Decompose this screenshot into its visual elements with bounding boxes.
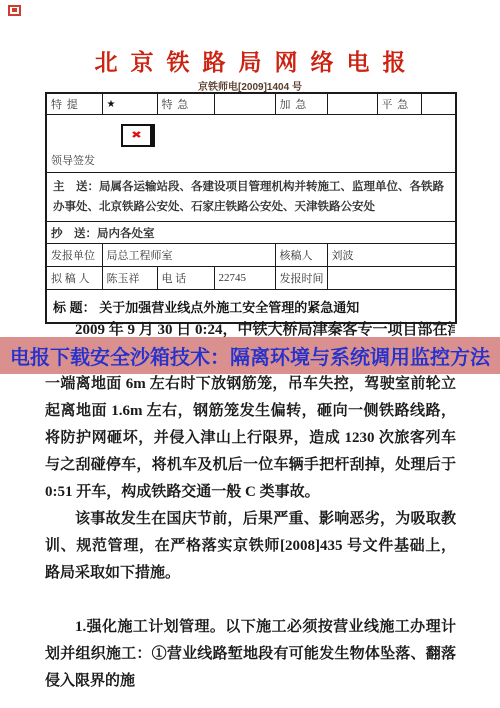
priority-label-pingji: 平 急 [377, 93, 421, 115]
overlay-ad-banner[interactable]: 电报下载安全沙箱技术：隔离环境与系统调用监控方法 [0, 337, 500, 374]
main-send-value: 局属各运输站段、各建设项目管理机构并转施工、监理单位、各铁路办事处、北京铁路公安… [53, 181, 444, 213]
body-paragraph2: 该事故发生在国庆节前，后果严重、影响恶劣，为吸取教训、规范管理，在严格落实京铁师… [45, 506, 456, 587]
priority-row: 特 提 ★ 特 急 加 急 平 急 [46, 93, 456, 115]
main-send-cell: 主 送：局属各运输站段、各建设项目管理机构并转施工、监理单位、各铁路办事处、北京… [46, 173, 456, 222]
phone-value: 22745 [214, 267, 275, 290]
priority-value-tetij: ★ [102, 93, 157, 115]
main-send-row: 主 送：局属各运输站段、各建设项目管理机构并转施工、监理单位、各铁路办事处、北京… [46, 173, 456, 222]
priority-label-jiaji: 加 急 [275, 93, 327, 115]
phone-label: 电 话 [157, 267, 214, 290]
leader-sign-label: 领导签发 [51, 152, 95, 168]
main-send-label: 主 送： [53, 181, 99, 193]
document-number: 京铁师电[2009]1404 号 [0, 78, 500, 93]
priority-label-teji: 特 急 [157, 93, 214, 115]
signature-stamp-image: ✖ [121, 124, 155, 147]
body-text: 一端离地面 6m 左右时下放钢筋笼，吊车失控，驾驶室前轮立起离地面 1.6m 左… [45, 371, 456, 695]
copy-send-value: 局内各处室 [97, 228, 155, 240]
priority-value-pingji [421, 93, 456, 115]
body-paragraph1-rest: 一端离地面 6m 左右时下放钢筋笼，吊车失控，驾驶室前轮立起离地面 1.6m 左… [45, 371, 456, 506]
telegram-form-table: 特 提 ★ 特 急 加 急 平 急 ✖ 领导签发 主 送：局属各运输站段、各建设… [45, 92, 457, 324]
broken-image-icon: ✖ [131, 131, 142, 141]
subject-value: 关于加强营业线点外施工安全管理的紧急通知 [99, 300, 359, 315]
reviewer-label: 核稿人 [275, 244, 327, 267]
drafter-label: 拟 稿 人 [46, 267, 102, 290]
copy-send-row: 抄 送：局内各处室 [46, 222, 456, 244]
telegram-document-page: 北京铁路局网络电报 京铁师电[2009]1404 号 特 提 ★ 特 急 加 急… [0, 0, 500, 708]
sender-row: 发报单位 局总工程师室 核稿人 刘波 [46, 244, 456, 267]
leader-sign-cell: ✖ 领导签发 [46, 115, 456, 173]
copy-send-label: 抄 送： [51, 228, 97, 240]
subject-label: 标 题： [53, 300, 96, 315]
send-time-label: 发报时间 [275, 267, 327, 290]
body-paragraph3: 1.强化施工计划管理。以下施工必须按营业线施工办理计划并组织施工：①营业线路堑地… [45, 614, 456, 695]
drafter-value: 陈玉祥 [102, 267, 157, 290]
sender-unit-value: 局总工程师室 [102, 244, 275, 267]
reviewer-value: 刘波 [327, 244, 456, 267]
copy-send-cell: 抄 送：局内各处室 [46, 222, 456, 244]
sender-unit-label: 发报单位 [46, 244, 102, 267]
priority-value-jiaji [327, 93, 377, 115]
corner-stamp-icon [8, 5, 21, 16]
priority-value-teji [214, 93, 275, 115]
send-time-value [327, 267, 456, 290]
drafter-row: 拟 稿 人 陈玉祥 电 话 22745 发报时间 [46, 267, 456, 290]
leader-sign-row: ✖ 领导签发 [46, 115, 456, 173]
page-title: 北京铁路局网络电报 [0, 44, 500, 77]
priority-label-tetij: 特 提 [46, 93, 102, 115]
